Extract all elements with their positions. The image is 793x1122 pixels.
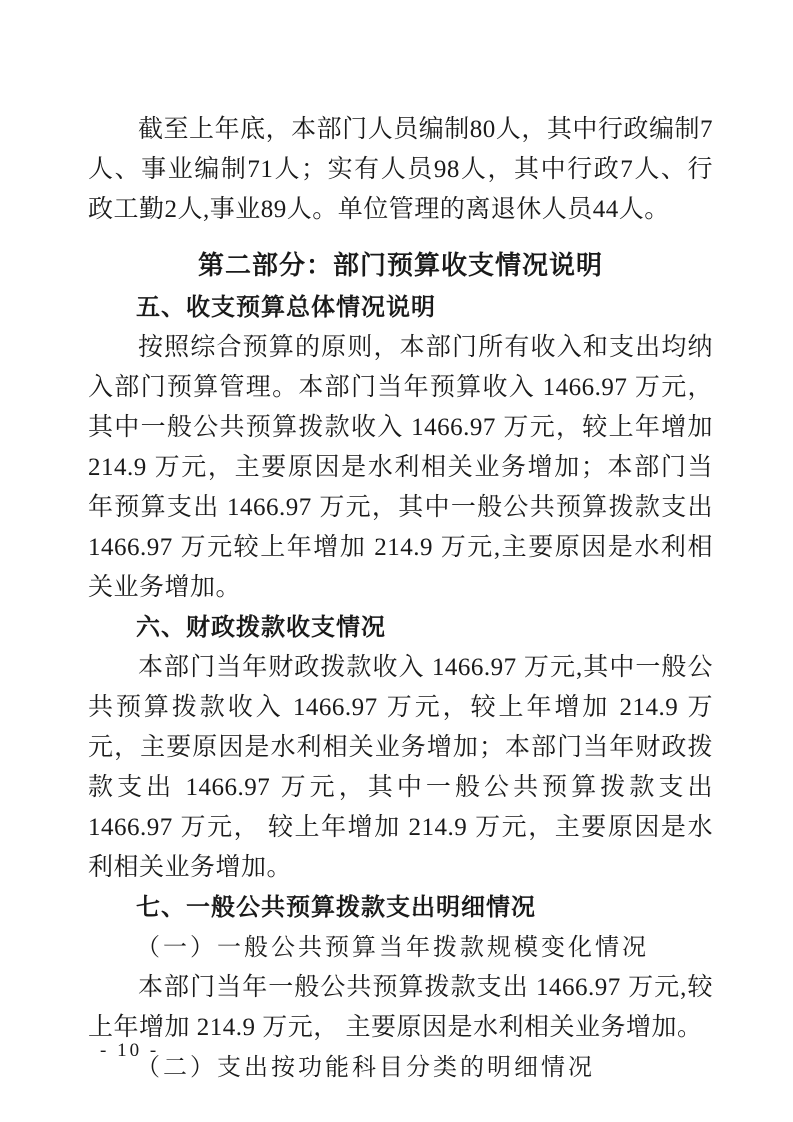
section-heading-7: 七、一般公共预算拨款支出明细情况 (88, 888, 713, 928)
subheading-functional-classification: （二）支出按功能科目分类的明细情况 (88, 1048, 713, 1088)
chapter-heading: 第二部分：部门预算收支情况说明 (88, 244, 713, 288)
paragraph-fiscal-appropriation: 本部门当年财政拨款收入 1466.97 万元,其中一般公共预算拨款收入 1466… (88, 648, 713, 888)
page-number: - 10 - (100, 1040, 159, 1062)
subheading-appropriation-change: （一）一般公共预算当年拨款规模变化情况 (88, 928, 713, 968)
section-heading-6: 六、财政拨款收支情况 (88, 608, 713, 648)
paragraph-budget-overview: 按照综合预算的原则，本部门所有收入和支出均纳入部门预算管理。本部门当年预算收入 … (88, 328, 713, 608)
paragraph-appropriation-change: 本部门当年一般公共预算拨款支出 1466.97 万元,较上年增加 214.9 万… (88, 968, 713, 1048)
paragraph-staffing: 截至上年底，本部门人员编制80人，其中行政编制7人、事业编制71人；实有人员98… (88, 110, 713, 230)
document-page: 截至上年底，本部门人员编制80人，其中行政编制7人、事业编制71人；实有人员98… (0, 0, 793, 1122)
section-heading-5: 五、收支预算总体情况说明 (88, 288, 713, 328)
